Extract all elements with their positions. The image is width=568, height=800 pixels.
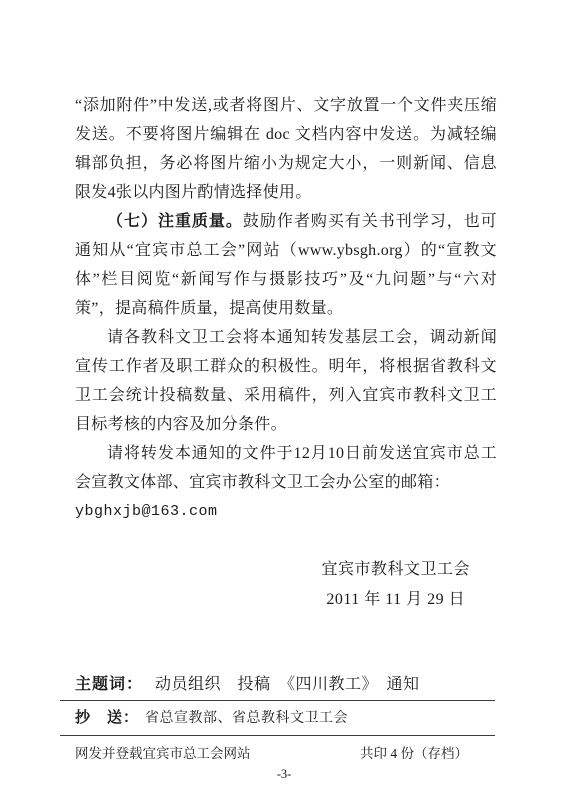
paragraph-deadline: 请将转发本通知的文件于12月10日前发送宜宾市总工会宣教文体部、宜宾市教科文卫工… [75, 439, 497, 497]
subject-terms: 动员组织 投稿 《四川教工》 通知 [155, 676, 420, 693]
divider-bottom [60, 735, 495, 736]
subject-label: 主题词： [75, 676, 143, 693]
signature-organization: 宜宾市教科文卫工会 [321, 555, 470, 585]
paragraph-quality: （七）注重质量。鼓励作者购买有关书刊学习，也可通知从“宜宾市总工会”网站（www… [75, 207, 497, 323]
distribution-row: 网发并登载宜宾市总工会网站 共印 4 份（存档） [75, 742, 468, 762]
paragraph-forwarding: 请各教科文卫工会将本通知转发基层工会，调动新闻宣传工作者及职工群众的积极性。明年… [75, 323, 497, 439]
paragraph-quality-heading: （七）注重质量。 [107, 213, 243, 230]
document-body: “添加附件”中发送,或者将图片、文字放置一个文件夹压缩发送。不要将图片编辑在 d… [75, 91, 497, 526]
cc-value: 省总宣教部、省总教科文卫工会 [145, 711, 348, 726]
document-page: “添加附件”中发送,或者将图片、文字放置一个文件夹压缩发送。不要将图片编辑在 d… [0, 0, 568, 800]
cc-row: 抄 送：省总宣教部、省总教科文卫工会 [75, 706, 348, 727]
signature-block: 宜宾市教科文卫工会 2011 年 11 月 29 日 [321, 555, 470, 615]
subject-row: 主题词：动员组织 投稿 《四川教工》 通知 [75, 671, 420, 694]
email-address: ybghxjb@163.com [75, 497, 497, 526]
page-number: -3- [0, 767, 568, 782]
divider-top [60, 700, 495, 701]
cc-label: 抄 送： [75, 710, 139, 726]
distribution-note: 网发并登载宜宾市总工会网站 [75, 742, 251, 762]
signature-date: 2011 年 11 月 29 日 [321, 585, 470, 615]
print-count: 共印 4 份（存档） [360, 742, 468, 762]
paragraph-attachment-instructions: “添加附件”中发送,或者将图片、文字放置一个文件夹压缩发送。不要将图片编辑在 d… [75, 91, 497, 207]
